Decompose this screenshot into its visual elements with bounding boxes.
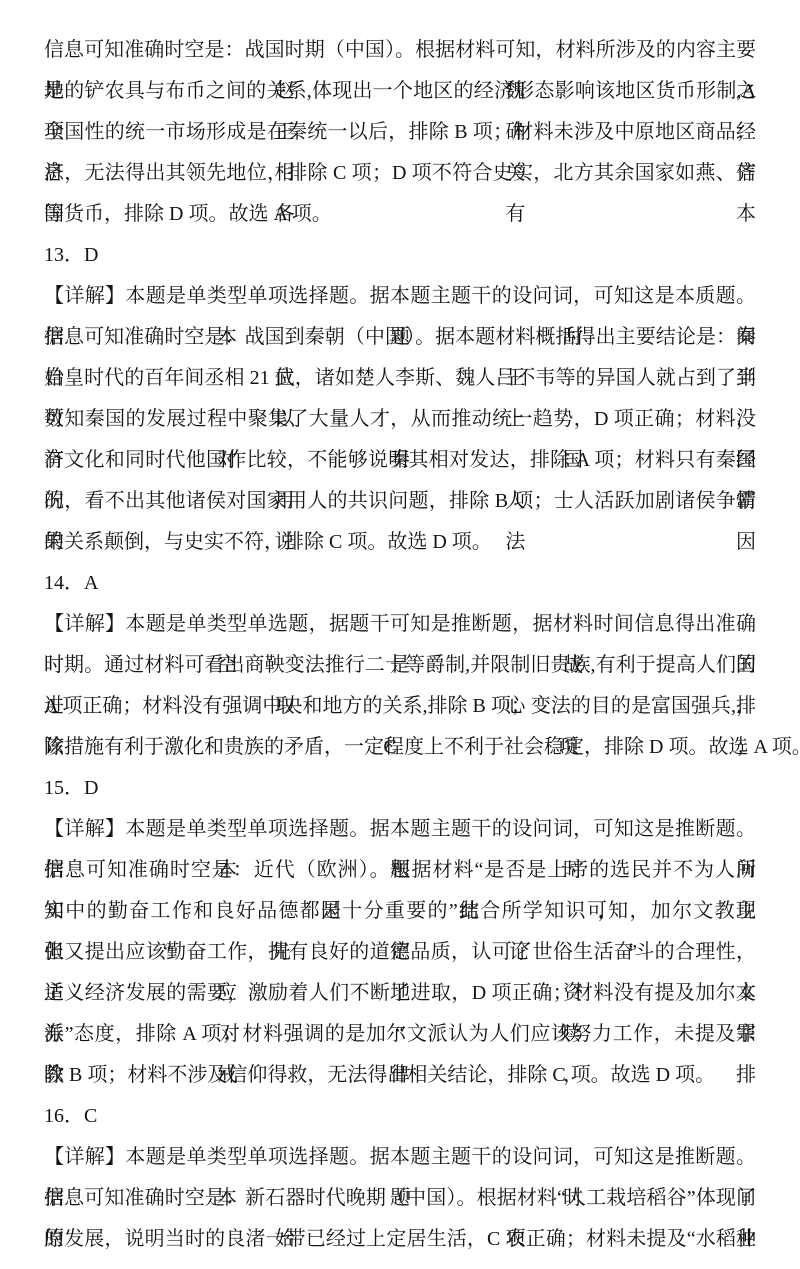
answer-section-12-continuation: 信息可知准确时空是：战国时期（中国）。根据材料可知，材料所涉及的内容主要是赵魏之… — [44, 30, 756, 235]
answer-number-16: 16．C — [44, 1096, 756, 1137]
document-page: 信息可知准确时空是：战国时期（中国）。根据材料可知，材料所涉及的内容主要是赵魏之… — [0, 0, 800, 1269]
text-line: 全国性的统一市场形成是在秦统一以后，排除 B 项；材料未涉及中原地区商品经济相关… — [44, 112, 756, 153]
answer-number-15: 15．D — [44, 768, 756, 809]
text-line: 【详解】本题是单类型单项选择题。据本题主题干的设问词，可知这是本质题。据本题时间 — [44, 276, 756, 317]
answer-number-13: 13．D — [44, 235, 756, 276]
text-line: 时期。通过材料可看出商鞅变法推行二十等爵制,并限制旧贵族,有利于提高人们的进取心… — [44, 645, 756, 686]
text-line: 但又提出应该勤奋工作，拥有良好的道德品质，认可了世俗生活奋斗的合理性，适应了资本 — [44, 932, 756, 973]
text-line: 除 B 项；材料不涉及信仰得救，无法得出相关结论，排除 C 项。故选 D 项。 — [44, 1055, 756, 1096]
text-line: 【详解】本题是单类型单项选择题。据本题主题干的设问词，可知这是推断题。据本题时间 — [44, 809, 756, 850]
text-line: 息，无法得出其领先地位，排除 C 项；D 项不符合史实，北方其余国家如燕、齐等各… — [44, 153, 756, 194]
text-line: 信息可知准确时空是：近代（欧洲）。根据材料“是否是上帝的选民并不为人所知。因此，… — [44, 850, 756, 891]
text-line: 该措施有利于激化和贵族的矛盾，一定程度上不利于社会稳定，排除 D 项。故选 A … — [44, 727, 756, 768]
answer-section-16: 16．C 【详解】本题是单类型单项选择题。据本题主题干的设问词，可知这是推断题。… — [44, 1096, 756, 1260]
text-line: 可知秦国的发展过程中聚集了大量人才，从而推动统一趋势，D 项正确；材料没有对秦国… — [44, 399, 756, 440]
text-line: 济文化和同时代他国作比较，不能够说明其相对发达，排除 A 项；材料只有秦国的用人… — [44, 440, 756, 481]
text-line: 信息可知准确时空是：新石器时代晚期（中国）。根据材料“人工栽培稻谷”体现了原始农… — [44, 1178, 756, 1219]
text-line: 的发展，说明当时的良渚一带已经过上定居生活，C 项正确；材料未提及“水稻种植技术… — [44, 1219, 756, 1260]
text-line: 始皇时代的百年间丞相 21 位，诸如楚人李斯、魏人吕不韦等的异国人就占到了半数以… — [44, 358, 756, 399]
text-line: 地的铲农具与布币之间的关系,体现出一个地区的经济形态影响该地区货币形制,A 项正… — [44, 71, 756, 112]
text-line: 实中的勤奋工作和良好品德都是十分重要的”结合所学知识可知，加尔文教主张“先定论”… — [44, 891, 756, 932]
text-line: A 项正确；材料没有强调中央和地方的关系,排除 B 项；变法的目的是富国强兵,排… — [44, 686, 756, 727]
text-line: 况，看不出其他诸侯对国家用人的共识问题，排除 B 项；士人活跃加剧诸侯争霸的说法… — [44, 481, 756, 522]
text-line: 券”态度，排除 A 项；材料强调的是加尔文派认为人们应该努力工作，未提及宗教戒律… — [44, 1014, 756, 1055]
text-line: 【详解】本题是单类型单项选择题。据本题主题干的设问词，可知这是推断题。据本题时间 — [44, 1137, 756, 1178]
text-line: 信息可知准确时空是：战国到秦朝（中国）。据本题材料概括得出主要结论是：秦自武王到 — [44, 317, 756, 358]
answer-section-14: 14．A 【详解】本题是单类型单选题，据题干可知是推断题，据材料时间信息得出准确… — [44, 563, 756, 768]
text-line: 主义经济发展的需要，激励着人们不断地进取，D 项正确；材料没有提及加尔文派对“赎… — [44, 973, 756, 1014]
text-line: 【详解】本题是单类型单选题，据题干可知是推断题，据材料时间信息得出准确时空是战国 — [44, 604, 756, 645]
answer-section-13: 13．D 【详解】本题是单类型单项选择题。据本题主题干的设问词，可知这是本质题。… — [44, 235, 756, 563]
answer-section-15: 15．D 【详解】本题是单类型单项选择题。据本题主题干的设问词，可知这是推断题。… — [44, 768, 756, 1096]
answer-number-14: 14．A — [44, 563, 756, 604]
text-line: 信息可知准确时空是：战国时期（中国）。根据材料可知，材料所涉及的内容主要是赵魏之 — [44, 30, 756, 71]
